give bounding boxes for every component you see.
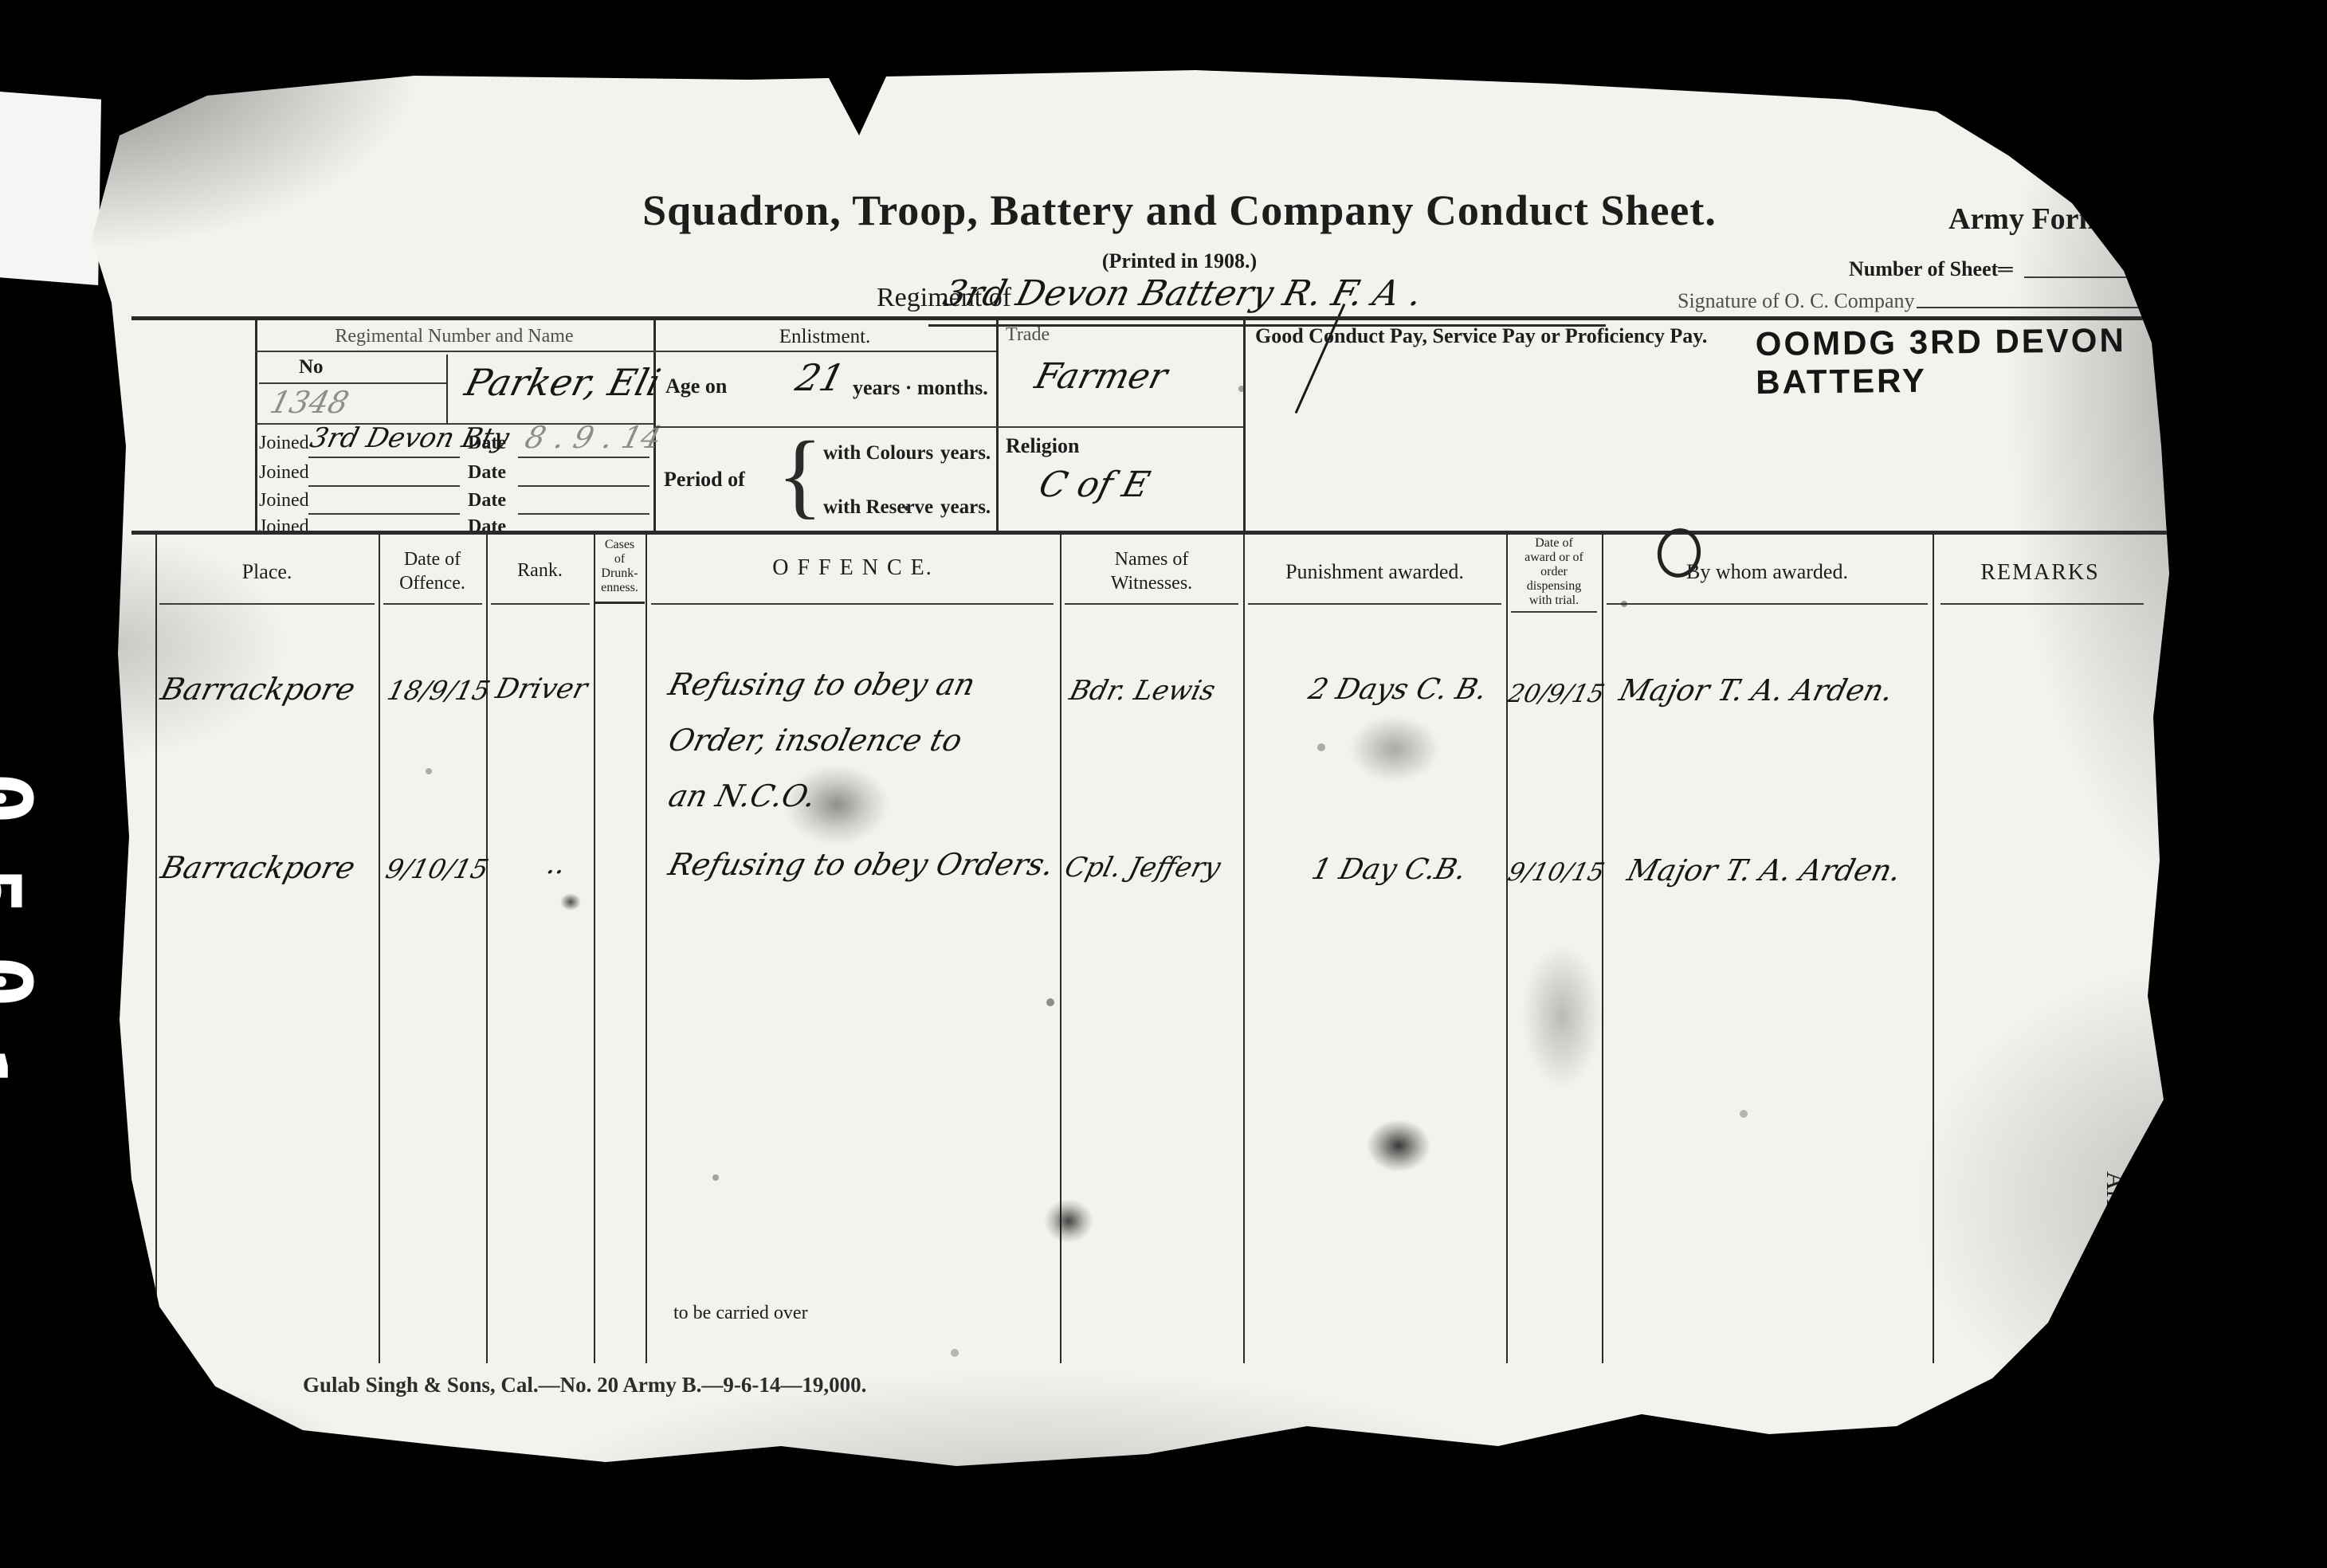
enlistment-underline <box>653 351 996 352</box>
row1-offence-line: Refusing to obey an <box>665 667 979 702</box>
row1-witnesses: Bdr. Lewis <box>1066 675 1218 707</box>
column-line <box>1060 535 1061 1363</box>
row2-witnesses: Cpl. Jeffery <box>1061 852 1224 884</box>
header-line: of <box>594 552 646 566</box>
joined-label: Joined <box>259 490 309 512</box>
ink-smudge <box>1335 705 1454 793</box>
col-header-date-of-offence: Date of Offence. <box>379 547 486 595</box>
joined-date-value: 8 . 9 . 14 <box>522 420 665 455</box>
with-reserve-label: with Reserve <box>823 496 933 519</box>
film-leader-block <box>0 92 101 285</box>
with-colours-suffix: years. <box>940 442 991 465</box>
regiment-value: 3rd Devon Battery R. F. A . <box>940 273 1426 314</box>
joined-date-line <box>518 457 649 458</box>
column-line <box>594 535 595 1363</box>
header-line: dispensing <box>1506 579 1602 594</box>
age-value: 21 <box>791 356 849 399</box>
ink-blot <box>1367 1119 1430 1172</box>
header-line: award or of <box>1506 551 1602 565</box>
column-line <box>379 535 380 1363</box>
signature-label: Signature of O. C. Company <box>1678 289 1915 313</box>
column-line <box>1933 535 1934 1363</box>
row2-offence-date: 9/10/15 <box>383 853 492 884</box>
printer-imprint: Gulab Singh & Sons, Cal.—No. 20 Army B.—… <box>303 1373 866 1397</box>
ink-smudge <box>1510 920 1614 1111</box>
header-underline <box>159 603 375 605</box>
column-line <box>155 535 157 1363</box>
blank-line <box>308 485 460 487</box>
header-line: enness. <box>594 581 646 595</box>
row1-offence-line: an N.C.O. <box>665 778 820 813</box>
no-underline <box>259 382 446 384</box>
header-line: Date of <box>379 547 486 571</box>
header-line: order <box>1506 565 1602 579</box>
ink-dot <box>560 893 581 911</box>
with-reserve-suffix: years. <box>940 496 991 519</box>
trade-value: Farmer <box>1031 356 1171 397</box>
religion-value: C of E <box>1035 465 1154 505</box>
blank-line <box>518 485 649 487</box>
header-rule <box>131 316 2172 320</box>
religion-label: Religion <box>1006 434 1079 458</box>
army-form-label: Army Form B. <box>1948 202 2140 237</box>
vertical-army-form-text: Army Fo <box>2100 1171 2129 1267</box>
header-line: with trial. <box>1506 594 1602 608</box>
carried-over-note: to be carried over <box>673 1303 808 1324</box>
column-line <box>646 535 647 1363</box>
row2-place: Barrackpore <box>158 850 359 885</box>
column-line <box>1243 535 1245 1363</box>
film-edge-counter-digit: 0 <box>0 772 50 825</box>
signature-line <box>1917 307 2156 308</box>
enlistment-title: Enlistment. <box>653 326 996 348</box>
header-line: Witnesses. <box>1060 571 1243 595</box>
row2-offence-line: Refusing to obey Orders. <box>665 847 1058 882</box>
col-header-place: Place. <box>155 560 379 584</box>
date-label: Date <box>468 433 506 454</box>
page-title: Squadron, Troop, Battery and Company Con… <box>331 186 2028 235</box>
header-underline <box>1940 603 2144 605</box>
col-header-punishment: Punishment awarded. <box>1243 560 1506 584</box>
header-underline <box>1607 603 1928 605</box>
row2-punishment: 1 Day C.B. <box>1309 853 1470 886</box>
row2-award-date: 9/10/15 <box>1505 858 1607 887</box>
trade-divider <box>996 426 1243 428</box>
enlistment-divider <box>653 426 996 428</box>
col-header-by-whom: By whom awarded. <box>1602 560 1933 584</box>
age-suffix: years · months. <box>853 376 988 400</box>
header-underline <box>1511 611 1597 613</box>
film-edge-counter-digit: 1 <box>0 1045 24 1096</box>
header-line: Names of <box>1060 547 1243 571</box>
identity-title-underline <box>255 351 653 352</box>
soldier-name-value: Parker, Eli <box>461 361 665 404</box>
row1-award-date: 20/9/15 <box>1505 680 1607 708</box>
col-header-offence: O F F E N C E. <box>646 555 1060 581</box>
header-underline <box>383 603 482 605</box>
period-brace: { <box>777 420 823 530</box>
unit-stamp: OOMDG 3RD DEVON BATTERY <box>1756 320 2204 402</box>
row1-offence-date: 18/9/15 <box>384 675 493 706</box>
date-label: Date <box>468 490 506 512</box>
col-header-rank: Rank. <box>486 560 594 582</box>
joined-label: Joined <box>259 433 309 454</box>
film-edge-counter-digit: 5 <box>0 867 38 917</box>
row1-place: Barrackpore <box>158 672 359 707</box>
age-label: Age on <box>665 374 727 398</box>
printed-note: (Printed in 1908.) <box>331 249 2028 273</box>
joined-label: Joined <box>259 462 309 484</box>
col-header-witnesses: Names of Witnesses. <box>1060 547 1243 595</box>
box-divider <box>1243 320 1246 532</box>
conduct-sheet-page: Squadron, Troop, Battery and Company Con… <box>76 60 2203 1526</box>
no-column-divider <box>446 355 448 423</box>
col-header-cases: Cases of Drunk- enness. <box>594 538 646 595</box>
row2-rank-ditto: .. <box>543 849 569 880</box>
column-line <box>1602 535 1603 1363</box>
no-label: No <box>299 356 324 378</box>
column-line <box>1506 535 1508 1363</box>
period-label: Period of <box>664 468 745 492</box>
header-line: Offence. <box>379 571 486 595</box>
with-colours-label: with Colours <box>823 442 933 465</box>
film-scan-background: 0 5 0 1 Squadron, Troop, Battery and Com… <box>0 0 2327 1568</box>
header-underline <box>651 603 1054 605</box>
column-line <box>486 535 488 1363</box>
header-underline <box>1248 603 1501 605</box>
blank-line <box>518 513 649 515</box>
header-line: Drunk- <box>594 566 646 581</box>
header-underline <box>1065 603 1238 605</box>
regimental-number-value: 1348 <box>267 385 353 420</box>
row1-offence-line: Order, insolence to <box>665 723 966 758</box>
joined-line <box>308 457 460 458</box>
row1-by-whom: Major T. A. Arden. <box>1616 673 1897 708</box>
blank-line <box>308 513 460 515</box>
header-underline <box>595 602 645 604</box>
header-line: Cases <box>594 538 646 552</box>
header-underline <box>491 603 590 605</box>
date-label: Date <box>468 462 506 484</box>
identity-box-title: Regimental Number and Name <box>255 326 653 347</box>
trade-label: Trade <box>1006 324 1050 346</box>
film-edge-counter-digit: 0 <box>0 955 50 1008</box>
col-header-award-date: Date of award or of order dispensing wit… <box>1506 536 1602 608</box>
pay-label: Good Conduct Pay, Service Pay or Profici… <box>1255 324 1707 348</box>
row1-rank: Driver <box>492 673 591 705</box>
row1-punishment: 2 Days C. B. <box>1305 673 1490 706</box>
col-header-remarks: REMARKS <box>1933 560 2148 586</box>
header-line: Date of <box>1506 536 1602 551</box>
number-of-sheet-label: Number of Sheet═ <box>1849 257 2013 281</box>
ink-blot <box>1044 1199 1093 1243</box>
number-of-sheet-line <box>2024 276 2156 278</box>
row2-by-whom: Major T. A. Arden. <box>1624 853 1905 888</box>
table-top-rule <box>131 531 2172 535</box>
